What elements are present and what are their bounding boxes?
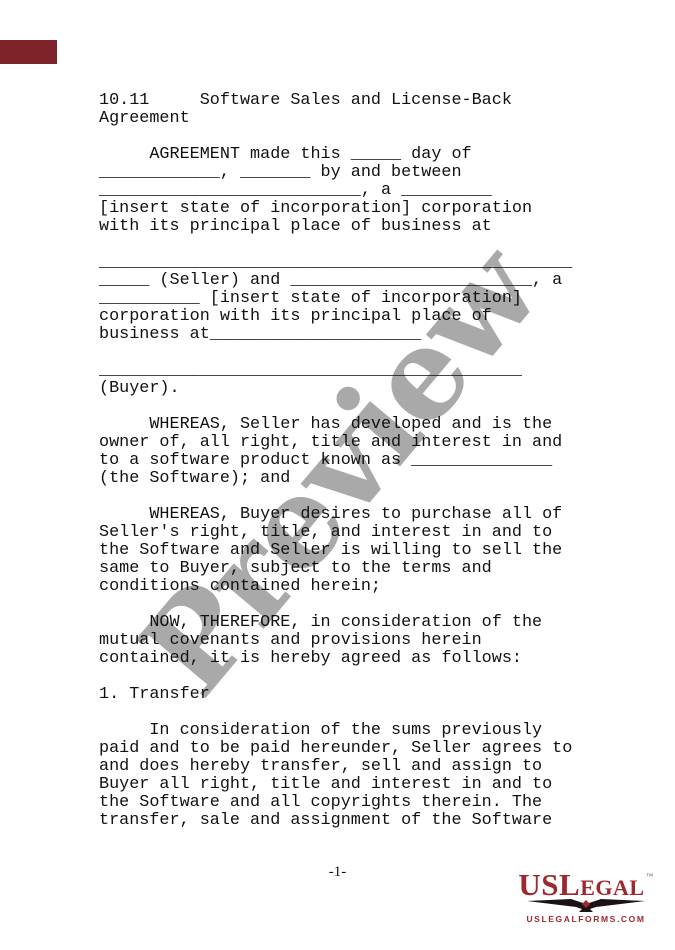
document-body-text: 10.11 Software Sales and License-Back Ag… — [99, 92, 572, 830]
eagle-wings-icon — [527, 899, 645, 913]
document-page: Preview 10.11 Software Sales and License… — [0, 0, 675, 950]
uslegal-wordmark: USLegal — [518, 872, 644, 898]
uslegal-logo: USLegal ™ USLEGALFORMS.COM — [511, 872, 661, 924]
trademark-symbol: ™ — [646, 873, 654, 881]
top-left-red-bar — [0, 40, 57, 64]
uslegal-tagline: USLEGALFORMS.COM — [526, 914, 645, 924]
